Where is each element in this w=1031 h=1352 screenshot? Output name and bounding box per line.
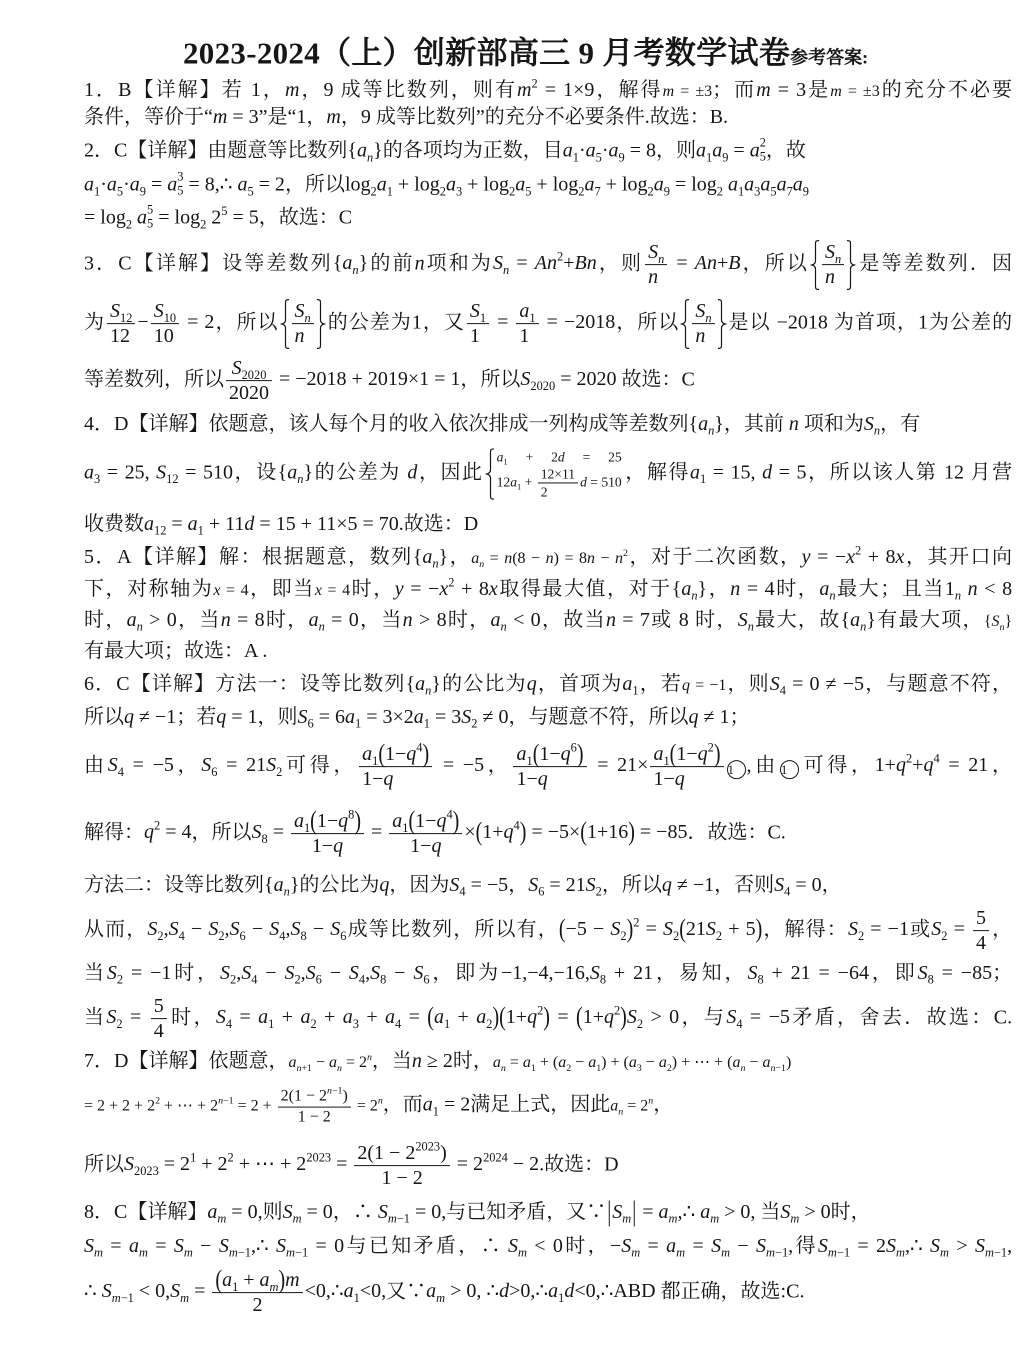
math-variable: B xyxy=(728,253,740,275)
text-run: 时， xyxy=(447,609,491,631)
math-symbol: < 0 xyxy=(527,1235,563,1257)
math-variable: d xyxy=(580,474,587,489)
math-symbol: > 0 xyxy=(799,1201,830,1223)
math-variable: S xyxy=(975,1235,985,1257)
text-run: ，解得 xyxy=(594,79,662,101)
math-variable: a xyxy=(666,1235,676,1257)
math-variable: a xyxy=(510,474,517,489)
math-variable: a xyxy=(476,1007,486,1029)
math-variable: a xyxy=(777,173,787,195)
math-symbol: > 0 xyxy=(719,1201,750,1223)
math-variable: a xyxy=(446,173,456,195)
math-symbol: + xyxy=(563,253,574,275)
right-paren: ) xyxy=(627,914,634,945)
paren-group: (1+q2) xyxy=(499,1007,550,1029)
math-symbol: −1 xyxy=(332,1086,343,1097)
math-variable: a xyxy=(659,1201,669,1223)
math-symbol: = 2 + xyxy=(234,1098,276,1115)
math-variable: S xyxy=(124,1154,134,1176)
text-run: 3．C【详解】设等差数列 xyxy=(84,253,333,275)
math-symbol: = xyxy=(153,206,174,228)
math-expression: {an} xyxy=(333,253,368,275)
math-variable: a xyxy=(415,673,425,695)
math-symbol: = ±3 xyxy=(842,83,880,100)
math-symbol: ) xyxy=(786,1054,791,1071)
text-run: 的前 xyxy=(368,253,414,275)
math-symbol: = −5 xyxy=(743,1007,790,1029)
math-variable: S xyxy=(84,1235,94,1257)
text-run: ； xyxy=(729,706,749,728)
math-expression: a1a9 = a25 xyxy=(696,139,766,161)
fraction: Snn xyxy=(645,241,667,289)
answer-6-line-1: 6．C【详解】方法一：设等比数列{an}的公比为q，首项为a1，若q = −1，… xyxy=(84,672,1012,696)
math-symbol: <0,∴ xyxy=(305,1281,344,1303)
math-symbol: = xyxy=(728,139,749,161)
answer-key-page: 2023-2024（上）创新部高三 9 月考数学试卷参考答案: 1．B【详解】若… xyxy=(0,0,1031,1352)
numerator: a1(1−q6) xyxy=(513,743,586,767)
math-variable: q xyxy=(561,743,571,765)
math-symbol: = xyxy=(491,312,514,334)
math-variable: S xyxy=(107,962,117,984)
math-symbol: 1− xyxy=(415,810,436,832)
math-symbol: > 8 xyxy=(413,609,447,631)
math-symbol: = 2 xyxy=(342,1054,367,1071)
subscript: m−1 xyxy=(828,1246,850,1260)
text-run: ，若 xyxy=(639,673,682,695)
right-brace xyxy=(316,299,325,349)
math-variable: q xyxy=(538,769,548,791)
left-paren: ( xyxy=(580,817,587,848)
math-variable: q xyxy=(406,743,416,765)
roman-text: log xyxy=(483,173,509,195)
math-symbol: = 25 xyxy=(565,449,622,464)
math-variable: n xyxy=(606,609,616,631)
math-variable: S xyxy=(774,874,784,896)
equation-system: a1 + 2d = 2512a1 + 12×112d = 510 xyxy=(486,448,622,499)
math-expression: −Sm = am = Sm − Sm−1 xyxy=(610,1235,788,1257)
math-variable: m xyxy=(766,1246,775,1260)
math-variable: n xyxy=(295,326,305,348)
math-expression: ∴ Sm−1 = 0 xyxy=(353,1201,441,1223)
math-expression: 1 xyxy=(726,755,747,777)
math-variable: a xyxy=(188,513,198,535)
subscript: n xyxy=(658,252,664,266)
denominator: 2020 xyxy=(226,382,272,405)
math-variable: n xyxy=(825,267,835,289)
paren-group: (1+q2) xyxy=(576,1007,627,1029)
math-variable: n xyxy=(968,578,978,600)
math-expression: {an} xyxy=(413,546,448,568)
equation-rows: a1 + 2d = 2512a1 + 12×112d = 510 xyxy=(495,448,622,499)
text-run: 是以 −2018 为首项，1为公差的 xyxy=(728,312,1013,334)
denominator: 1 xyxy=(467,325,489,348)
math-expression: m = 3 xyxy=(213,106,259,128)
denominator: n xyxy=(692,325,714,348)
math-symbol: = 3 xyxy=(227,106,258,128)
roman-text: log xyxy=(100,206,126,228)
math-symbol: ∴ xyxy=(910,1235,930,1257)
math-symbol: 1 − 2 xyxy=(298,1109,331,1126)
denominator: 1 − 2 xyxy=(278,1108,351,1127)
superscript: n−1 xyxy=(218,1096,234,1107)
math-expression: ∴ am > 0 xyxy=(682,1201,750,1223)
math-variable: q xyxy=(379,874,389,896)
math-symbol: ) xyxy=(342,1088,347,1105)
right-paren: ) xyxy=(279,1266,286,1295)
math-variable: m xyxy=(229,1246,238,1260)
math-variable: a xyxy=(586,139,596,161)
text-run: ， xyxy=(484,755,511,777)
math-symbol: + 21 xyxy=(606,962,653,984)
math-variable: a xyxy=(516,743,526,765)
math-variable: m xyxy=(985,1246,994,1260)
brace-content: Snn xyxy=(690,299,716,349)
math-symbol: −1 xyxy=(397,1212,410,1226)
math-symbol: = xyxy=(166,513,187,535)
math-variable: d xyxy=(244,513,254,535)
math-variable: S xyxy=(825,241,835,263)
math-variable: a xyxy=(793,173,803,195)
paren-content: a1 + am xyxy=(222,1269,278,1291)
math-symbol: > 0 xyxy=(643,1007,679,1029)
text-run: ，有 xyxy=(880,413,920,435)
right-paren: ) xyxy=(756,914,763,945)
math-variable: a xyxy=(493,1054,501,1071)
math-symbol: + xyxy=(531,173,552,195)
numerator: a1(1−q8) xyxy=(291,810,364,834)
text-run: ，否则 xyxy=(714,874,774,896)
text-run: 有最大项；故选：A . xyxy=(84,640,267,662)
text-run: ，则 xyxy=(258,706,298,728)
left-paren: ( xyxy=(476,817,483,848)
text-run: 等差数列，所以 xyxy=(84,369,224,391)
math-brace: } xyxy=(714,413,724,435)
denominator: 1−q xyxy=(389,835,462,858)
math-expression: an xyxy=(819,578,835,600)
fraction: a1(1−q4)1−q xyxy=(389,810,462,858)
text-run: ，故当 xyxy=(541,609,606,631)
math-variable: a xyxy=(584,173,594,195)
math-symbol: 1+16 xyxy=(587,822,628,844)
math-variable: m xyxy=(326,106,340,128)
math-symbol: −1 xyxy=(238,1246,251,1260)
math-symbol: ∴ xyxy=(682,1201,700,1223)
text-run: 的公比为 xyxy=(299,874,379,896)
math-variable: n xyxy=(835,252,841,266)
math-symbol: > 0 xyxy=(143,609,177,631)
math-variable: S xyxy=(931,919,941,941)
math-variable: S xyxy=(449,874,459,896)
text-run: ，对于二次函数， xyxy=(628,546,802,568)
math-expression: ∴ Sm < 0 xyxy=(481,1235,563,1257)
paren-content: 1−q8 xyxy=(317,810,354,832)
math-symbol: = 0 xyxy=(410,1201,441,1223)
math-expression: ∴ Sm−1 < 0 xyxy=(84,1281,165,1303)
answer-7-line-3: 所以S2023 = 21 + 22 + ⋯ + 22023 = 2(1 − 22… xyxy=(84,1142,619,1190)
fraction: S1010 xyxy=(151,300,179,348)
text-run: ，而 xyxy=(383,1094,423,1116)
denominator: 1 − 2 xyxy=(354,1167,449,1190)
math-symbol: 1− xyxy=(539,743,560,765)
math-variable: m xyxy=(112,1291,121,1305)
numerator: Sn xyxy=(822,241,844,265)
subscript: m−1 xyxy=(388,1212,410,1226)
paren-group: (1+16) xyxy=(580,822,635,844)
math-variable: a xyxy=(744,173,754,195)
answer-2-line-3: = log2 a55 = log2 25 = 5，故选：C xyxy=(84,203,352,232)
math-variable: y xyxy=(395,578,404,600)
math-symbol: −1 xyxy=(837,1246,850,1260)
subscript: m−1 xyxy=(985,1246,1007,1260)
math-brace: } xyxy=(303,462,313,484)
math-variable: m xyxy=(517,79,531,101)
math-expression: am > 0 xyxy=(426,1281,476,1303)
math-variable: S xyxy=(726,1007,736,1029)
roman-text: ABD xyxy=(613,1281,655,1303)
text-run: 从而， xyxy=(84,919,147,941)
fraction: Snn xyxy=(822,241,844,289)
subscript: 1 xyxy=(480,311,486,325)
math-variable: d xyxy=(762,462,772,484)
math-symbol: · xyxy=(579,139,586,161)
answer-6-line-7: 当S2 = −1时，S2,S4 − S2,S6 − S4,S8 − S6，即为−… xyxy=(84,961,1012,985)
text-run: 1．B【详解】若 1， xyxy=(84,79,285,101)
math-symbol: + 21 = −64 xyxy=(764,962,869,984)
subscript: n xyxy=(305,311,311,325)
math-symbol: × xyxy=(464,822,475,844)
math-symbol: 12 xyxy=(166,472,178,486)
left-paren: ( xyxy=(215,1266,222,1295)
math-variable: m xyxy=(180,1291,189,1305)
title-suffix: 参考答案: xyxy=(790,48,868,68)
math-expression: S4 = −5 xyxy=(726,1007,790,1029)
math-symbol: + xyxy=(912,755,923,777)
text-run: 2．C【详解】由题意等比数列 xyxy=(84,139,347,161)
math-symbol: 1− xyxy=(410,836,431,858)
math-symbol: = 4 xyxy=(160,822,191,844)
math-expression: an > 0 xyxy=(127,609,177,631)
math-variable: q xyxy=(923,755,933,777)
math-brace: { xyxy=(688,413,698,435)
math-expression: Sm−1 = 2Sm xyxy=(818,1235,905,1257)
math-symbol: = 21 xyxy=(544,874,585,896)
math-expression: 1+q2+q4 = 21 xyxy=(875,755,989,777)
math-variable: a xyxy=(819,578,829,600)
math-variable: q xyxy=(527,1007,537,1029)
text-run: 收费数 xyxy=(84,513,144,535)
text-run: ，易知， xyxy=(653,962,747,984)
math-expression: S2020 = 2020 xyxy=(520,369,616,391)
math-symbol: = 2 xyxy=(850,1235,886,1257)
math-variable: S xyxy=(378,1201,388,1223)
math-variable: a xyxy=(300,1007,310,1029)
denominator: 12 xyxy=(107,325,135,348)
math-expression: a1(1−q4)1−q = −5 xyxy=(357,755,484,777)
text-run: 的充分不必要 xyxy=(880,79,1012,101)
math-variable: a xyxy=(414,706,424,728)
math-symbol: 5 xyxy=(154,995,164,1017)
subscript: m xyxy=(721,1246,730,1260)
math-expression: S2 = −1 xyxy=(107,962,172,984)
math-variable: m xyxy=(828,1246,837,1260)
math-symbol: = 21 xyxy=(940,755,989,777)
paren-group: (1+q4) xyxy=(476,822,527,844)
math-symbol: ∴ xyxy=(353,1201,378,1223)
text-run: ，当 xyxy=(372,1050,412,1072)
math-variable: S xyxy=(648,241,658,263)
math-symbol: = xyxy=(331,1154,352,1176)
math-symbol: +1 xyxy=(301,1063,312,1074)
subscript: m xyxy=(293,1212,302,1226)
text-run: 的公差为1，又 xyxy=(327,312,465,334)
answer-6-line-2: 所以q ≠ −1；若q = 1，则S6 = 6a1 = 3×2a1 = 3S2 … xyxy=(84,705,749,729)
math-symbol: + 2 xyxy=(196,1154,227,1176)
brace-content: Snn xyxy=(290,299,316,349)
math-variable: An xyxy=(535,253,557,275)
numerator: a1 xyxy=(516,300,538,324)
text-run: ，则 xyxy=(656,139,696,161)
fraction: a1(1−q6)1−q xyxy=(513,743,586,791)
numerator: a1(1−q2) xyxy=(650,743,723,767)
paren-group: (21S2 + 5) xyxy=(679,919,762,941)
answer-6-line-4: 解得：q2 = 4，所以S8 = a1(1−q8)1−q = a1(1−q4)1… xyxy=(84,810,786,858)
paren-content: 1+q2 xyxy=(506,1007,543,1029)
fraction: a1(1−q8)1−q xyxy=(291,810,364,858)
math-symbol: = xyxy=(509,253,535,275)
math-variable: a xyxy=(696,139,706,161)
math-variable: d xyxy=(558,449,565,464)
math-symbol: 1− xyxy=(516,769,537,791)
text-run: ,得 xyxy=(788,1235,818,1257)
math-symbol: = −5 xyxy=(434,755,484,777)
fraction: (a1 + am)m2 xyxy=(212,1269,302,1317)
math-symbol: = xyxy=(84,206,100,228)
math-variable: a xyxy=(515,173,525,195)
math-symbol: = −1 xyxy=(864,919,909,941)
text-run: ”是“1， xyxy=(259,106,327,128)
text-run: 当 xyxy=(84,962,107,984)
math-variable: S xyxy=(520,369,530,391)
math-variable: S xyxy=(306,962,316,984)
math-variable: S xyxy=(102,1281,112,1303)
math-symbol: + xyxy=(717,253,728,275)
math-symbol: ≠ 1 xyxy=(698,706,729,728)
math-expression: Snn xyxy=(809,253,857,275)
fraction: a11 xyxy=(516,300,538,348)
math-symbol: · xyxy=(602,139,609,161)
text-run: ，故选：C xyxy=(259,206,352,228)
answer-1-line-2: 条件，等价于“m = 3”是“1，m，9 成等比数列”的充分不必要条件.故选：B… xyxy=(84,105,728,129)
math-symbol: ≠ 0 xyxy=(477,706,508,728)
math-symbol: = 3×2 xyxy=(361,706,414,728)
math-symbol: −1 xyxy=(994,1246,1007,1260)
math-expression: S4 = 0 ≠ −5 xyxy=(770,673,864,695)
math-variable: a xyxy=(345,706,355,728)
math-symbol: ≠ −1 xyxy=(672,874,714,896)
subscript: m−1 xyxy=(112,1291,134,1305)
math-symbol: ) = 8 xyxy=(554,550,587,567)
math-symbol: 1− xyxy=(317,810,338,832)
text-run: 5．A【详解】解：根据题意，数列 xyxy=(84,546,413,568)
text-run: 取得最大值，对于 xyxy=(498,578,672,600)
brace-group: Snn xyxy=(281,299,325,349)
math-symbol: = xyxy=(123,1007,149,1029)
equation-row: a1 + 2d = 25 xyxy=(497,448,622,466)
math-variable: a xyxy=(207,1201,217,1223)
math-variable: S xyxy=(349,962,359,984)
text-run: 时， xyxy=(453,1050,493,1072)
text-run: ,与已知矛盾，又∵ xyxy=(441,1201,606,1223)
math-expression: an+1 − an = 2n xyxy=(288,1054,371,1071)
text-run: ， xyxy=(333,1201,353,1223)
fraction: S1212 xyxy=(107,300,135,348)
denominator: n xyxy=(292,325,314,348)
math-symbol: = 2 xyxy=(623,1098,648,1115)
math-variable: m xyxy=(217,1212,226,1226)
math-variable: m xyxy=(721,1246,730,1260)
paren-group: (−5 − S2) xyxy=(559,919,633,941)
math-symbol: = 2 xyxy=(439,1094,470,1116)
math-variable: a xyxy=(659,1054,667,1071)
subscript: m−1 xyxy=(286,1246,308,1260)
roman-text: log xyxy=(175,206,201,228)
math-variable: q xyxy=(604,1007,614,1029)
math-variable: S xyxy=(298,706,308,728)
math-expression: 1 xyxy=(779,755,800,777)
math-variable: m xyxy=(285,79,299,101)
text-run: 可得， xyxy=(282,755,357,777)
math-symbol: + 5 xyxy=(722,919,756,941)
numerator: Sn xyxy=(292,300,314,324)
roman-text: log xyxy=(345,173,371,195)
math-expression: a1 xyxy=(622,673,638,695)
math-variable: d xyxy=(499,1281,509,1303)
math-expression: m = 3 xyxy=(756,79,806,101)
paren-group: (1−q2) xyxy=(670,743,721,765)
left-brace xyxy=(281,299,290,349)
math-variable: S xyxy=(992,613,1000,630)
subscript: 2020 xyxy=(242,368,267,382)
math-variable: m xyxy=(830,83,842,100)
math-symbol: ≠ −1 xyxy=(134,706,176,728)
denominator: 1 xyxy=(516,325,538,348)
math-variable: a xyxy=(548,1281,558,1303)
math-symbol: 1− xyxy=(385,743,406,765)
text-run: 矛盾，舍去．故选：C. xyxy=(790,1007,1012,1029)
math-symbol: = 0 xyxy=(325,609,359,631)
math-variable: n xyxy=(648,267,658,289)
math-symbol: 2024 xyxy=(483,1151,508,1165)
math-variable: q xyxy=(504,822,514,844)
answer-8-line-1: 8．C【详解】am = 0,则Sm = 0，∴ Sm−1 = 0,与已知矛盾，又… xyxy=(84,1200,871,1224)
math-variable: a xyxy=(287,462,297,484)
math-variable: m xyxy=(270,1280,279,1294)
math-symbol: · xyxy=(100,173,107,195)
math-variable: Bn xyxy=(574,253,596,275)
math-variable: m xyxy=(622,1212,631,1226)
right-paren: ) xyxy=(422,740,429,769)
math-symbol: − xyxy=(595,550,615,567)
math-brace: { xyxy=(413,546,423,568)
math-variable: S xyxy=(219,1235,229,1257)
answer-5-line-3: 时，an > 0，当n = 8时，an = 0，当n > 8时，an < 0，故… xyxy=(84,608,1012,632)
numerator: 5 xyxy=(973,907,989,931)
answer-3-line-3: 等差数列，所以S20202020 = −2018 + 2019×1 = 1，所以… xyxy=(84,357,695,405)
text-run: ，解得 xyxy=(624,462,690,484)
left-paren: ( xyxy=(378,740,385,769)
math-expression: Sm = 0 xyxy=(283,1201,333,1223)
text-run: ，则 xyxy=(726,673,769,695)
